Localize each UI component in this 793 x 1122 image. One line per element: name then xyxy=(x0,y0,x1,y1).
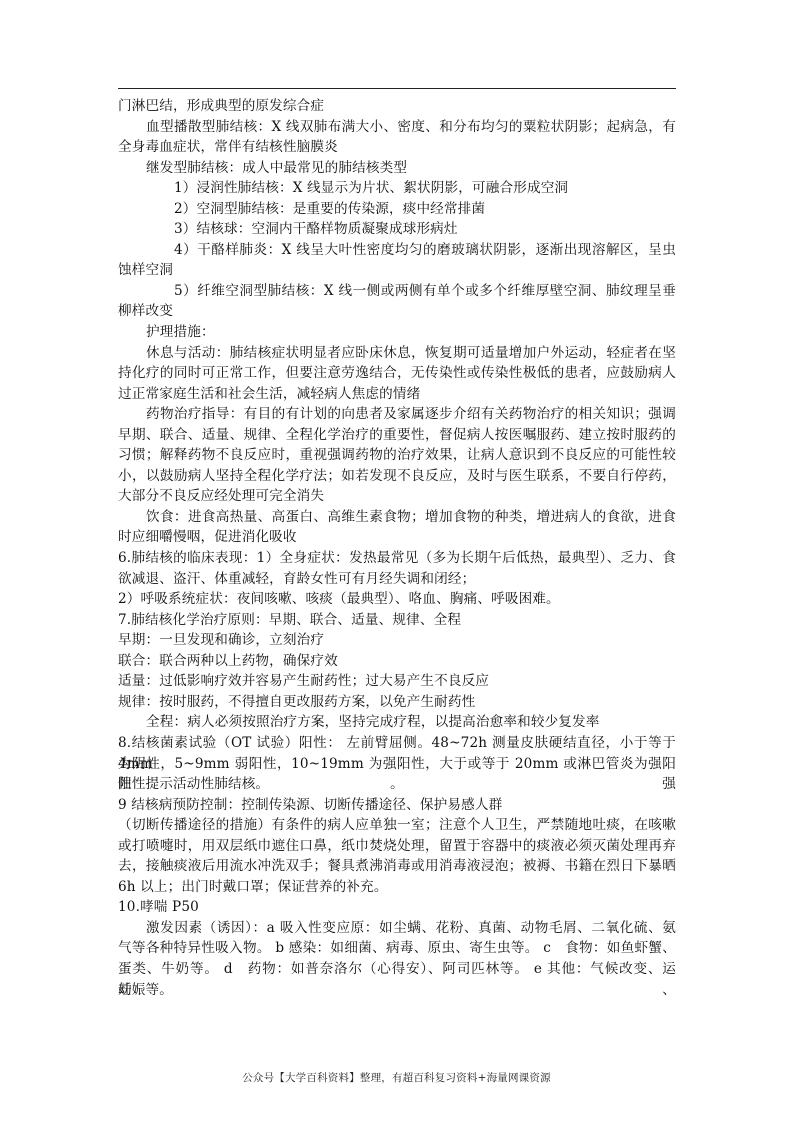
text-line: 规律：按时服药，不得擅自更改服药方案，以免产生耐药性 xyxy=(118,692,678,713)
text-line: 血型播散型肺结核：X 线双肺布满大小、密度、和分布均匀的粟粒状阴影；起病急，有 xyxy=(118,117,676,138)
text-line: 适量：过低影响疗效并容易产生耐药性；过大易产生不良反应 xyxy=(118,671,678,692)
text-line: 早期、联合、适量、规律、全程化学治疗的重要性，督促病人按医嘱服药、建立按时服药的 xyxy=(118,425,676,446)
section-heading: 9 结核病预防控制：控制传染源、切断传播途径、保护易感人群 xyxy=(118,795,678,816)
section-heading: 7.肺结核化学治疗原则：早期、联合、适量、规律、全程 xyxy=(118,610,678,631)
text-line: 小，以鼓励病人坚持全程化学疗法；如若发现不良反应，及时与医生联系，不要自行停药， xyxy=(118,466,676,487)
text-line: 4）干酪样肺炎：X 线呈大叶性密度均匀的磨玻璃状阴影，逐渐出现溶解区，呈虫 xyxy=(118,240,676,261)
text-line: 2）空洞型肺结核：是重要的传染源，痰中经常排菌 xyxy=(118,199,678,220)
text-line: 过正常家庭生活和社会生活，减轻病人焦虑的情绪 xyxy=(118,384,678,405)
document-body: 门淋巴结，形成典型的原发综合症 血型播散型肺结核：X 线双肺布满大小、密度、和分… xyxy=(118,96,678,1000)
text-line: 习惯；解释药物不良反应时，重视强调药物的治疗效果，让病人意识到不良反应的可能性较 xyxy=(118,445,676,466)
text-line: 去，接触痰液后用流水冲洗双手；餐具煮沸消毒或用消毒液浸泡；被褥、书籍在烈日下暴晒 xyxy=(118,856,676,877)
section-heading: 6.肺结核的临床表现：1）全身症状：发热最常见（多为长期午后低热，最典型）、乏力… xyxy=(118,548,676,569)
page-footer: 公众号【大学百科资料】整理，有超百科复习资料+海量网课资源 xyxy=(0,1070,793,1085)
section-heading: 护理措施： xyxy=(118,322,678,343)
document-page: 门淋巴结，形成典型的原发综合症 血型播散型肺结核：X 线双肺布满大小、密度、和分… xyxy=(0,0,793,1122)
header-rule xyxy=(118,88,676,89)
text-line: 门淋巴结，形成典型的原发综合症 xyxy=(118,96,678,117)
text-line: 2）呼吸系统症状：夜间咳嗽、咳痰（最典型）、咯血、胸痛、呼吸困难。 xyxy=(118,589,678,610)
text-line: 气等各种特异性吸入物。 b 感染：如细菌、病毒、原虫、寄生虫等。 c 食物：如鱼… xyxy=(118,938,676,959)
text-line: 欲减退、盗汗、体重减轻，育龄女性可有月经失调和闭经； xyxy=(118,569,678,590)
text-line: 大部分不良反应经处理可完全消失 xyxy=(118,486,678,507)
text-line: 为阴性，5~9mm 弱阳性，10~19mm 为强阳性，大于或等于 20mm 或淋… xyxy=(118,754,676,775)
text-line: 饮食：进食高热量、高蛋白、高维生素食物；增加食物的种类，增进病人的食欲，进食 xyxy=(118,507,676,528)
text-line: 持化疗的同时可正常工作，但要注意劳逸结合，无传染性或传染性极低的患者，应鼓励病人 xyxy=(118,363,676,384)
text-line: 或打喷嚏时，用双层纸巾遮住口鼻，纸巾焚烧处理，留置于容器中的痰液必须灭菌处理再弃 xyxy=(118,836,676,857)
text-line: 6h 以上；出门时戴口罩；保证营养的补充。 xyxy=(118,877,678,898)
section-heading: 8.结核菌素试验（OT 试验）阳性： 左前臂屈侧。48~72h 测量皮肤硬结直径… xyxy=(118,733,676,754)
section-heading: 10.哮喘 P50 xyxy=(118,897,678,918)
text-line: 3）结核球：空洞内干酪样物质凝聚成球形病灶 xyxy=(118,219,678,240)
text-line: 时应细嚼慢咽，促进消化吸收 xyxy=(118,527,678,548)
text-line: 蚀样空洞 xyxy=(118,260,678,281)
text-line: 继发型肺结核：成人中最常见的肺结核类型 xyxy=(118,158,678,179)
text-line: 早期：一旦发现和确诊，立刻治疗 xyxy=(118,630,678,651)
text-line: 药物治疗指导：有目的有计划的向患者及家属逐步介绍有关药物治疗的相关知识；强调 xyxy=(118,404,676,425)
text-line: 全身毒血症状，常伴有结核性脑膜炎 xyxy=(118,137,678,158)
text-line: 蛋类、牛奶等。 d 药物：如普奈洛尔（心得安）、阿司匹林等。 e 其他：气候改变… xyxy=(118,959,676,980)
text-line: 全程：病人必须按照治疗方案，坚持完成疗程，以提高治愈率和较少复发率 xyxy=(118,712,678,733)
text-line: 联合：联合两种以上药物，确保疗效 xyxy=(118,651,678,672)
text-line: 休息与活动：肺结核症状明显者应卧床休息，恢复期可适量增加户外运动，轻症者在坚 xyxy=(118,343,676,364)
text-line: 5）纤维空洞型肺结核：X 线一侧或两侧有单个或多个纤维厚壁空洞、肺纹理呈垂 xyxy=(118,281,676,302)
text-line: 柳样改变 xyxy=(118,301,678,322)
text-line: 1）浸润性肺结核：X 线显示为片状、絮状阴影，可融合形成空洞 xyxy=(118,178,678,199)
text-line: 激发因素（诱因）：a 吸入性变应原：如尘螨、花粉、真菌、动物毛屑、二氧化硫、氨 xyxy=(118,918,676,939)
text-line: （切断传播途径的措施）有条件的病人应单独一室；注意个人卫生，严禁随地吐痰，在咳嗽 xyxy=(118,815,676,836)
